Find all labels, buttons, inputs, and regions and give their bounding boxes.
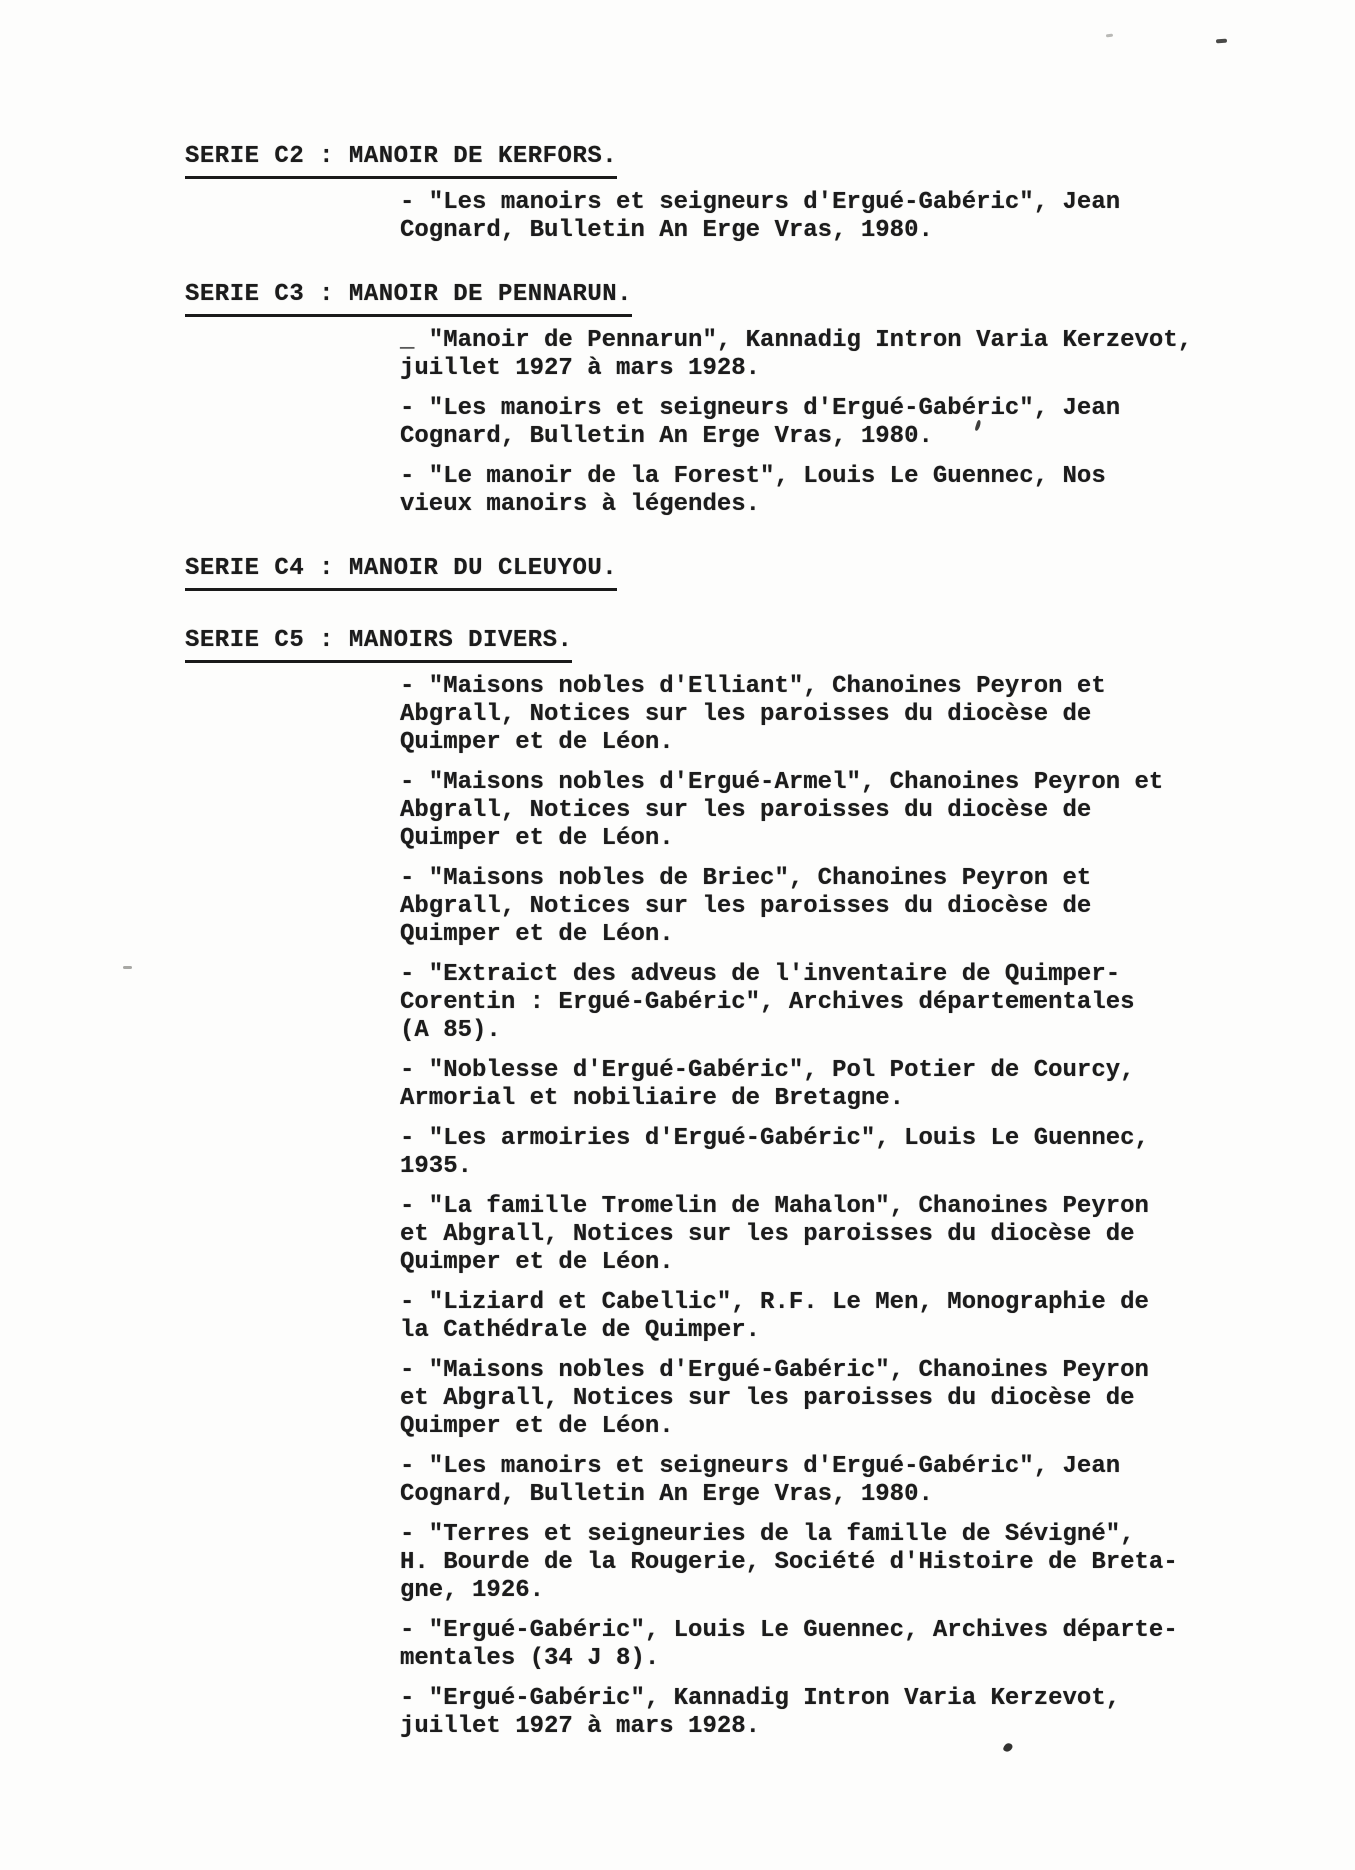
bibliography-entry: _ "Manoir de Pennarun", Kannadig Intron … bbox=[400, 327, 1355, 383]
bibliography-entry: - "Les manoirs et seigneurs d'Ergué-Gabé… bbox=[400, 1453, 1355, 1509]
scan-speck bbox=[1106, 34, 1113, 38]
series-heading: SERIE C3 : MANOIR DE PENNARUN. bbox=[185, 281, 632, 317]
bibliography-entry: - "Maisons nobles d'Elliant", Chanoines … bbox=[400, 673, 1355, 757]
bibliography-entry: - "Ergué-Gabéric", Louis Le Guennec, Arc… bbox=[400, 1617, 1355, 1673]
scanned-document-page: SERIE C2 : MANOIR DE KERFORS. - "Les man… bbox=[0, 0, 1355, 1870]
series-heading: SERIE C4 : MANOIR DU CLEUYOU. bbox=[185, 555, 617, 591]
scan-speck bbox=[1002, 1742, 1013, 1754]
bibliography-entry: - "Les manoirs et seigneurs d'Ergué-Gabé… bbox=[400, 189, 1355, 245]
archive-series-list: SERIE C2 : MANOIR DE KERFORS. - "Les man… bbox=[185, 143, 1355, 1741]
scan-speck bbox=[123, 966, 132, 969]
series-entries: _ "Manoir de Pennarun", Kannadig Intron … bbox=[400, 327, 1355, 519]
series-heading: SERIE C2 : MANOIR DE KERFORS. bbox=[185, 143, 617, 179]
bibliography-entry: - "La famille Tromelin de Mahalon", Chan… bbox=[400, 1193, 1355, 1277]
bibliography-entry: - "Maisons nobles de Briec", Chanoines P… bbox=[400, 865, 1355, 949]
bibliography-entry: - "Liziard et Cabellic", R.F. Le Men, Mo… bbox=[400, 1289, 1355, 1345]
bibliography-entry: - "Ergué-Gabéric", Kannadig Intron Varia… bbox=[400, 1685, 1355, 1741]
series-heading: SERIE C5 : MANOIRS DIVERS. bbox=[185, 627, 572, 663]
series-entries: - "Maisons nobles d'Elliant", Chanoines … bbox=[400, 673, 1355, 1741]
series-entries: - "Les manoirs et seigneurs d'Ergué-Gabé… bbox=[400, 189, 1355, 245]
series-section: SERIE C4 : MANOIR DU CLEUYOU. bbox=[185, 555, 1355, 591]
scan-speck bbox=[1216, 39, 1227, 44]
series-section: SERIE C5 : MANOIRS DIVERS. - "Maisons no… bbox=[185, 627, 1355, 1741]
bibliography-entry: - "Terres et seigneuries de la famille d… bbox=[400, 1521, 1355, 1605]
bibliography-entry: - "Noblesse d'Ergué-Gabéric", Pol Potier… bbox=[400, 1057, 1355, 1113]
series-section: SERIE C3 : MANOIR DE PENNARUN. _ "Manoir… bbox=[185, 281, 1355, 519]
series-section: SERIE C2 : MANOIR DE KERFORS. - "Les man… bbox=[185, 143, 1355, 245]
bibliography-entry: - "Extraict des adveus de l'inventaire d… bbox=[400, 961, 1355, 1045]
bibliography-entry: - "Les manoirs et seigneurs d'Ergué-Gabé… bbox=[400, 395, 1355, 451]
bibliography-entry: - "Le manoir de la Forest", Louis Le Gue… bbox=[400, 463, 1355, 519]
bibliography-entry: - "Maisons nobles d'Ergué-Armel", Chanoi… bbox=[400, 769, 1355, 853]
bibliography-entry: - "Maisons nobles d'Ergué-Gabéric", Chan… bbox=[400, 1357, 1355, 1441]
bibliography-entry: - "Les armoiries d'Ergué-Gabéric", Louis… bbox=[400, 1125, 1355, 1181]
